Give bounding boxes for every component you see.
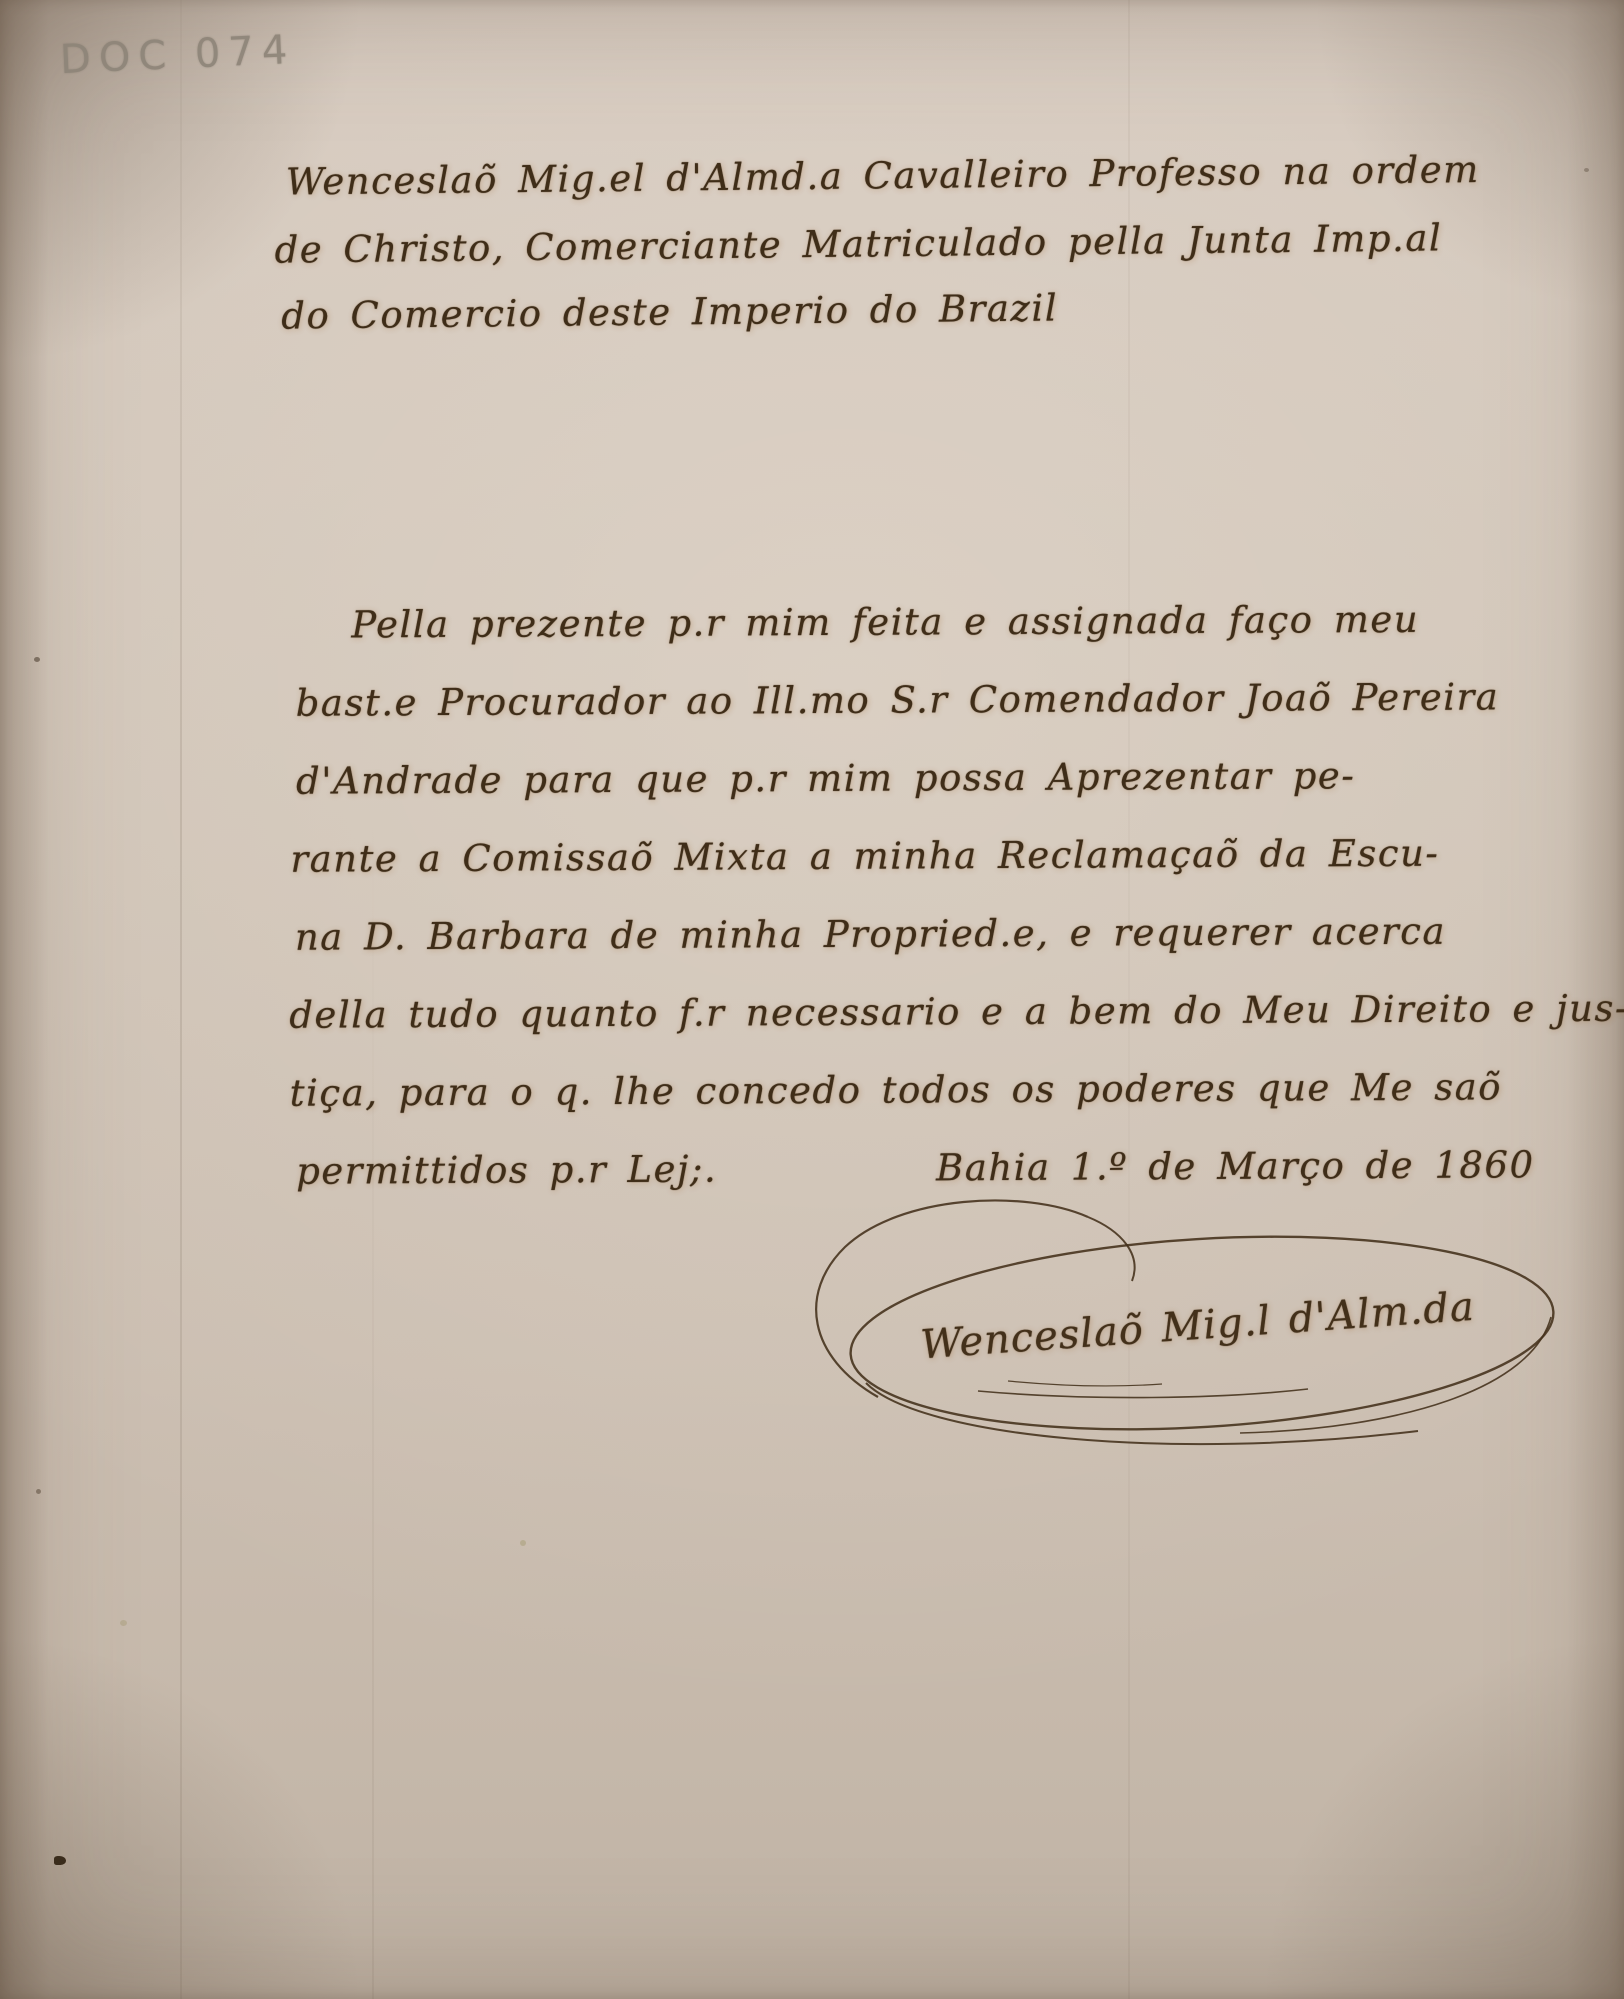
signature-block: Wenceslaõ Mig.l d'Alm.da bbox=[770, 1185, 1580, 1465]
body-line-4: rante a Comissaõ Mixta a minha Reclamaça… bbox=[290, 832, 1439, 881]
body-line-2: bast.e Procurador ao Ill.mo S.r Comendad… bbox=[296, 675, 1500, 724]
body-line-1: Pella prezente p.r mim feita e assignada… bbox=[351, 598, 1419, 647]
body-line-5: na D. Barbara de minha Propried.e, e req… bbox=[295, 910, 1446, 959]
body-line-6: della tudo quanto f.r necessario e a bem… bbox=[289, 987, 1624, 1037]
header-line-3: do Comercio deste Imperio do Brazil bbox=[281, 286, 1058, 337]
body-dateline: Bahia 1.º de Março de 1860 bbox=[936, 1143, 1535, 1189]
body-line-7: tiça, para o q. lhe concedo todos os pod… bbox=[290, 1065, 1503, 1114]
body-closing: permittidos p.r Lej;. bbox=[296, 1148, 717, 1193]
body-line-3: d'Andrade para que p.r mim possa Aprezen… bbox=[296, 754, 1355, 803]
